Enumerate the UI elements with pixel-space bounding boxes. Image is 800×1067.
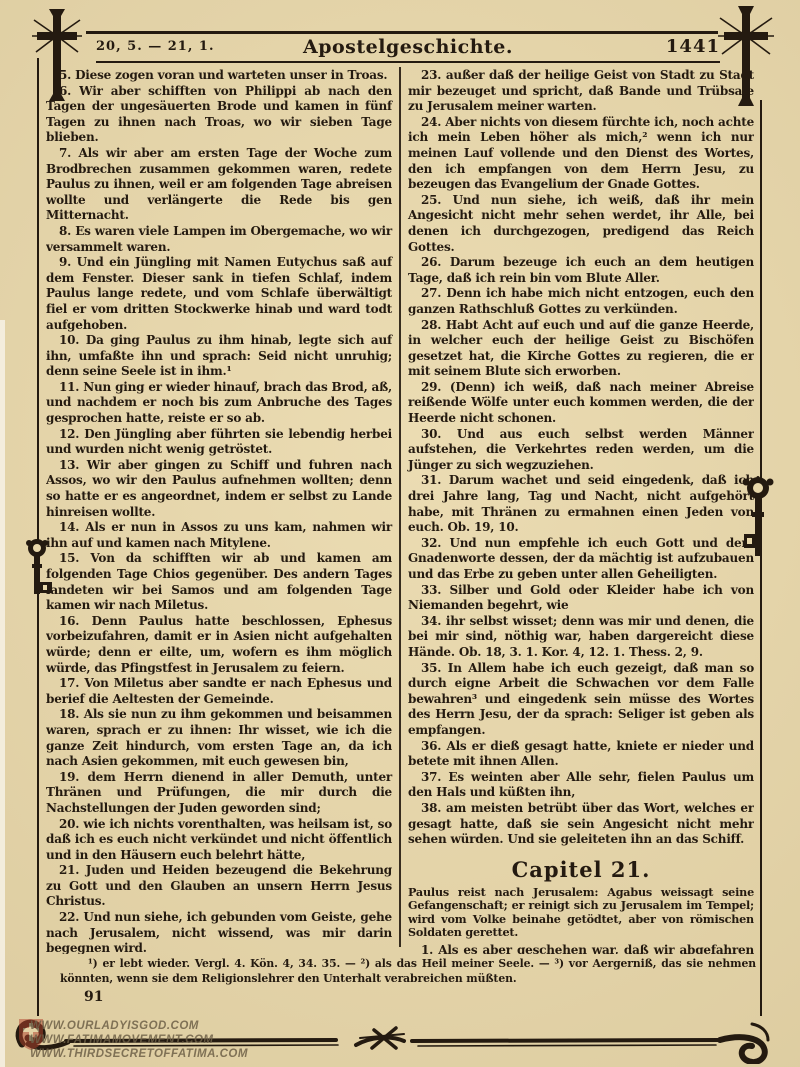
- watermark-url: WWW.FATIMAMOVEMENT.COM: [30, 1033, 248, 1047]
- watermark-url: WWW.OURLADYISGOD.COM: [30, 1019, 248, 1033]
- verse-paragraph: 7. Als wir aber am ersten Tage der Woche…: [46, 146, 392, 224]
- verse-paragraph: 15. Von da schifften wir ab und kamen am…: [46, 551, 392, 613]
- verse-paragraph: 10. Da ging Paulus zu ihm hinab, legte s…: [46, 333, 392, 380]
- chapter-heading: Capitel 21.: [408, 857, 754, 882]
- key-icon: [740, 476, 778, 564]
- verse-paragraph: 1. Als es aber geschehen war, daß wir ab…: [408, 943, 754, 954]
- watermark-urls: WWW.OURLADYISGOD.COMWWW.FATIMAMOVEMENT.C…: [30, 1019, 248, 1061]
- verse-paragraph: 25. Und nun siehe, ich weiß, daß ihr mei…: [408, 193, 754, 255]
- verse-paragraph: 18. Als sie nun zu ihm gekommen und beis…: [46, 707, 392, 769]
- watermark-url: WWW.THIRDSECRETOFFATIMA.COM: [30, 1047, 248, 1061]
- verse-paragraph: 9. Und ein Jüngling mit Namen Eutychus s…: [46, 255, 392, 333]
- right-column-verses: 23. außer daß der heilige Geist von Stad…: [408, 68, 754, 848]
- page-title: Apostelgeschichte.: [96, 36, 720, 58]
- verse-paragraph: 20. wie ich nichts vorenthalten, was hei…: [46, 817, 392, 864]
- verse-paragraph: 13. Wir aber gingen zu Schiff und fuhren…: [46, 458, 392, 520]
- verse-paragraph: 8. Es waren viele Lampen im Obergemache,…: [46, 224, 392, 255]
- running-head: 20, 5. — 21, 1. Apostelgeschichte. 1441: [96, 36, 720, 60]
- verse-paragraph: 31. Darum wachet und seid eingedenk, daß…: [408, 473, 754, 535]
- verse-paragraph: 30. Und aus euch selbst werden Männer au…: [408, 427, 754, 474]
- left-column: 5. Diese zogen voran und warteten unser …: [46, 68, 392, 954]
- verse-paragraph: 16. Denn Paulus hatte beschlossen, Ephes…: [46, 614, 392, 676]
- verse-paragraph: 5. Diese zogen voran und warteten unser …: [46, 68, 392, 84]
- verse-paragraph: 14. Als er nun in Assos zu uns kam, nahm…: [46, 520, 392, 551]
- verse-paragraph: 17. Von Miletus aber sandte er nach Ephe…: [46, 676, 392, 707]
- verse-paragraph: 19. dem Herrn dienend in aller Demuth, u…: [46, 770, 392, 817]
- verse-paragraph: 34. ihr selbst wisset; denn was mir und …: [408, 614, 754, 661]
- verse-paragraph: 12. Den Jüngling aber führten sie lebend…: [46, 427, 392, 458]
- verse-paragraph: 33. Silber und Gold oder Kleider habe ic…: [408, 583, 754, 614]
- verse-paragraph: 21. Juden und Heiden bezeugend die Bekeh…: [46, 863, 392, 910]
- text-columns: 5. Diese zogen voran und warteten unser …: [46, 68, 754, 954]
- verse-paragraph: 24. Aber nichts von diesem fürchte ich, …: [408, 115, 754, 193]
- verse-paragraph: 29. (Denn) ich weiß, daß nach meiner Abr…: [408, 380, 754, 427]
- verse-paragraph: 11. Nun ging er wieder hinauf, brach das…: [46, 380, 392, 427]
- page-number: 1441: [666, 36, 720, 57]
- left-border-rule: [37, 58, 39, 1016]
- verse-paragraph: 35. In Allem habe ich euch gezeigt, daß …: [408, 661, 754, 739]
- key-icon: [22, 538, 56, 600]
- verse-paragraph: 28. Habt Acht auf euch und auf die ganze…: [408, 318, 754, 380]
- verse-paragraph: 32. Und nun empfehle ich euch Gott und d…: [408, 536, 754, 583]
- watermark-block: WWW.OURLADYISGOD.COMWWW.FATIMAMOVEMENT.C…: [30, 1019, 248, 1061]
- verse-paragraph: 22. Und nun siehe, ich gebunden vom Geis…: [46, 910, 392, 954]
- verse-paragraph: 37. Es weinten aber Alle sehr, fielen Pa…: [408, 770, 754, 801]
- verse-paragraph: 38. am meisten betrübt über das Wort, we…: [408, 801, 754, 848]
- top-rule: [86, 31, 718, 34]
- chapter-verses: 1. Als es aber geschehen war, daß wir ab…: [408, 943, 754, 954]
- chapter-summary: Paulus reist nach Jerusalem: Agabus weis…: [408, 886, 754, 940]
- right-column: 23. außer daß der heilige Geist von Stad…: [408, 68, 754, 954]
- verse-paragraph: 6. Wir aber schifften von Philippi ab na…: [46, 84, 392, 146]
- footnotes: ¹) er lebt wieder. Vergl. 4. Kön. 4, 34.…: [60, 956, 756, 986]
- verse-paragraph: 26. Darum bezeuge ich euch an dem heutig…: [408, 255, 754, 286]
- verse-paragraph: 27. Denn ich habe mich nicht entzogen, e…: [408, 286, 754, 317]
- verse-paragraph: 23. außer daß der heilige Geist von Stad…: [408, 68, 754, 115]
- scan-edge: [0, 320, 5, 1067]
- scanned-bible-page: 20, 5. — 21, 1. Apostelgeschichte. 1441 …: [0, 0, 800, 1067]
- folio-number: 91: [84, 989, 103, 1005]
- header-rule: [96, 61, 720, 63]
- verse-paragraph: 36. Als er dieß gesagt hatte, kniete er …: [408, 739, 754, 770]
